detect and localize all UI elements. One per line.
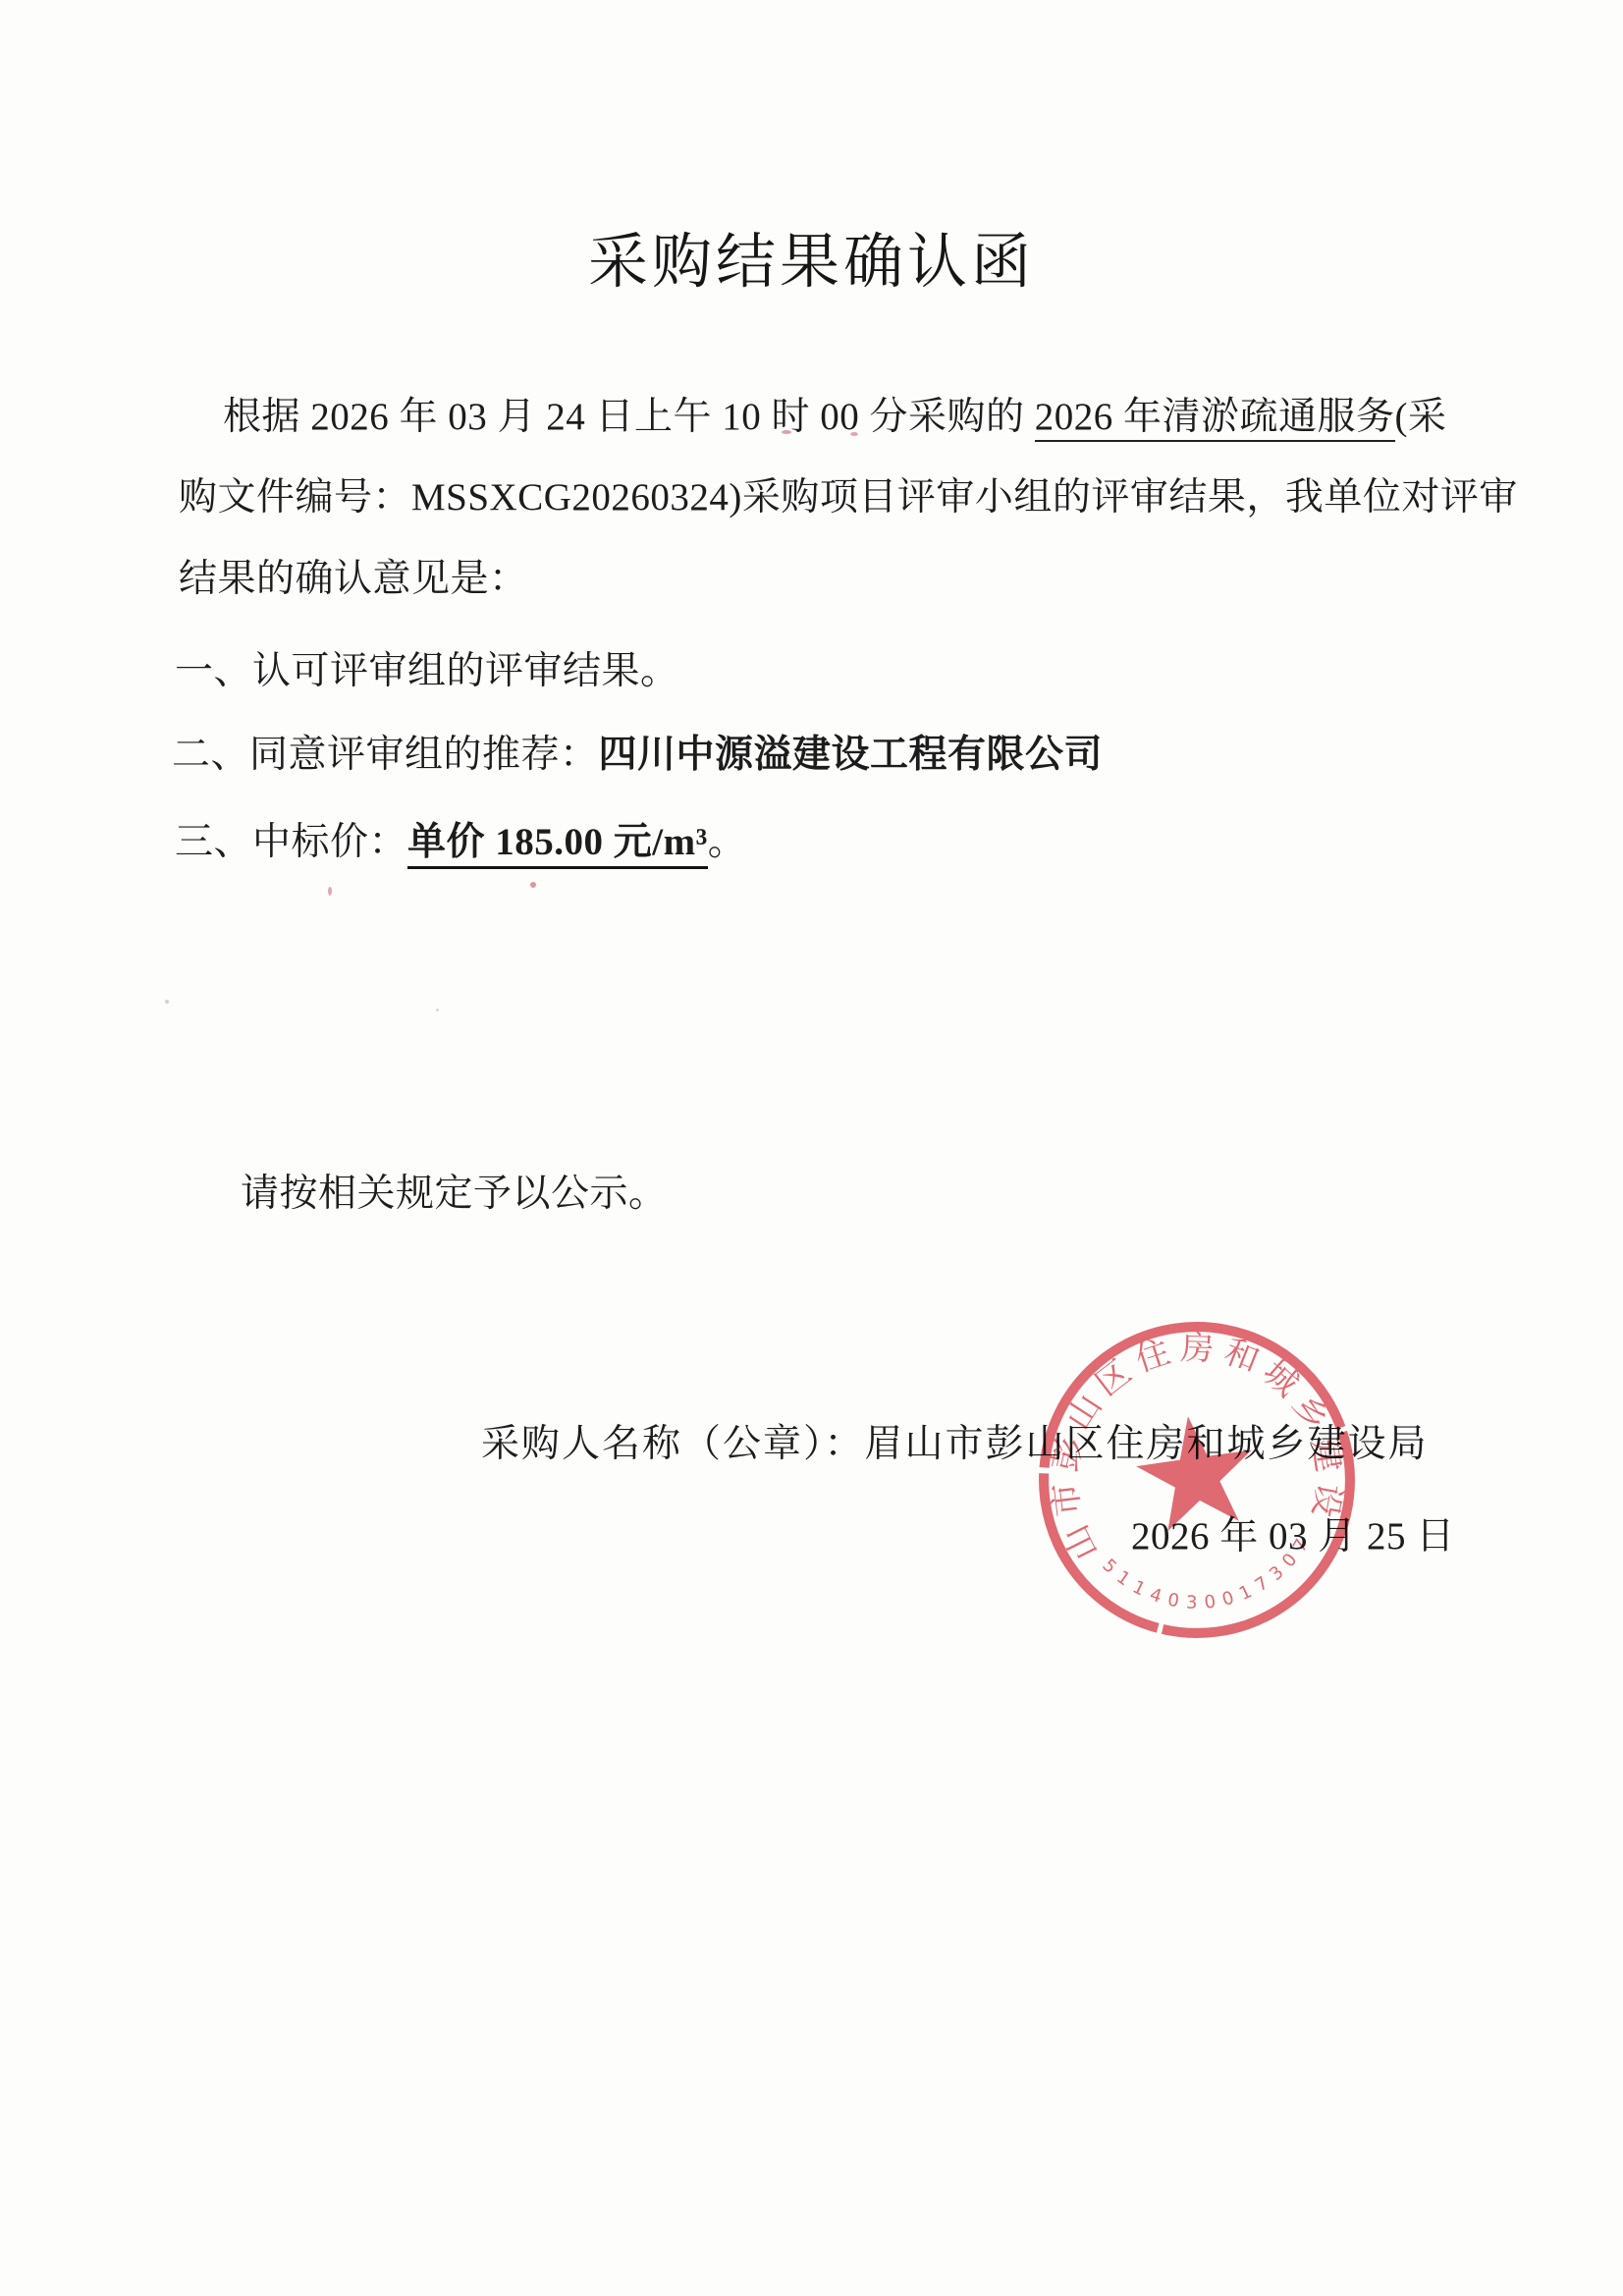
item-3: 三、中标价：单价 185.00 元/m³。 [175,819,746,866]
intro-line-2: 购文件编号：MSSXCG20260324)采购项目评审小组的评审结果，我单位对评… [179,474,1518,521]
scan-speck [850,432,858,436]
scan-speck [530,882,536,888]
item-1: 一、认可评审组的评审结果。 [175,648,679,695]
signature-label: 采购人名称（公章）： [481,1423,865,1465]
signature-date: 2026 年 03 月 25 日 [1131,1513,1455,1560]
scan-speck [782,430,791,434]
scan-speck [165,1000,169,1004]
buyer-name: 眉山市彭山区住房和城乡建设局 [865,1423,1429,1465]
winning-price-underlined: 单价 185.00 元/m³ [407,821,708,869]
scan-speck [436,1009,439,1011]
item-2: 二、同意评审组的推荐：四川中源溢建设工程有限公司 [172,732,1103,779]
page-title: 采购结果确认函 [0,214,1623,300]
notice-line: 请按相关规定予以公示。 [241,1171,668,1218]
winning-company: 四川中源溢建设工程有限公司 [599,734,1104,776]
document-page: 采购结果确认函 根据 2026 年 03 月 24 日上午 10 时 00 分采… [0,0,1623,2296]
item-2-lead: 二、同意评审组的推荐： [172,734,599,776]
item-3-lead: 三、中标价： [175,821,407,863]
scan-speck [328,887,332,896]
intro-line-3: 结果的确认意见是： [179,556,528,603]
official-seal: 眉山市彭山区住房和城乡建设局 5114030017307 [1013,1296,1381,1665]
seal-ring-icon [1024,1307,1370,1653]
item-3-tail: 。 [708,821,747,863]
intro-line-1: 根据 2026 年 03 月 24 日上午 10 时 00 分采购的 2026 … [223,394,1447,441]
project-name-underlined: 2026 年清淤疏通服务 [1035,396,1395,442]
intro-line-1-tail: (采 [1395,396,1447,438]
intro-line-1-lead: 根据 2026 年 03 月 24 日上午 10 时 00 分采购的 [223,396,1035,438]
signature-line: 采购人名称（公章）：眉山市彭山区住房和城乡建设局 [481,1421,1429,1468]
